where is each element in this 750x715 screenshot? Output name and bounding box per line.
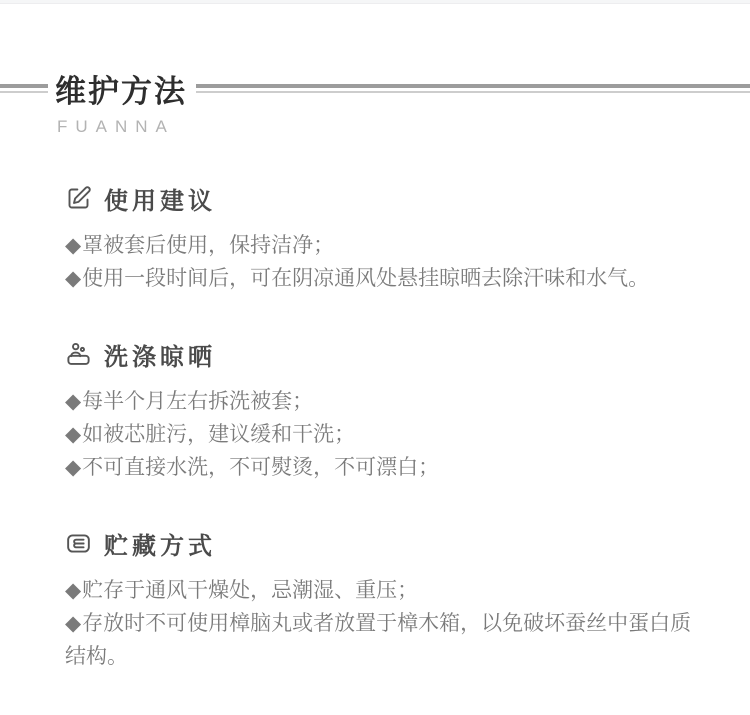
list-item-text: 每半个月左右拆洗被套； — [82, 390, 313, 413]
section-usage-header: 使用建议 — [65, 181, 710, 216]
list-item: ◆存放时不可使用樟脑丸或者放置于樟木箱，以免破坏蚕丝中蛋白质结构。 — [65, 607, 710, 673]
care-instructions-page: 维护方法 FUANNA 使用建议 ◆罩被套后使用，保持洁净； ◆使用一段时间后，… — [0, 0, 750, 715]
diamond-bullet-icon: ◆ — [65, 267, 81, 290]
list-item: ◆如被芯脏污，建议缓和干洗； — [65, 418, 710, 451]
list-item: ◆使用一段时间后，可在阴凉通风处悬挂晾晒去除汗味和水气。 — [65, 262, 710, 295]
section-usage-advice: 使用建议 ◆罩被套后使用，保持洁净； ◆使用一段时间后，可在阴凉通风处悬挂晾晒去… — [65, 181, 710, 295]
list-item: ◆贮存于通风干燥处，忌潮湿、重压； — [65, 574, 710, 607]
list-item-text: 使用一段时间后，可在阴凉通风处悬挂晾晒去除汗味和水气。 — [82, 267, 649, 290]
diamond-bullet-icon: ◆ — [65, 612, 81, 635]
section-usage-title: 使用建议 — [104, 181, 216, 216]
section-header-banner: 维护方法 — [0, 66, 750, 111]
header-rule-left — [0, 84, 48, 93]
section-storage: 贮藏方式 ◆贮存于通风干燥处，忌潮湿、重压； ◆存放时不可使用樟脑丸或者放置于樟… — [65, 526, 710, 673]
section-storage-title: 贮藏方式 — [104, 526, 216, 561]
list-item: ◆罩被套后使用，保持洁净； — [65, 229, 710, 262]
list-item-text: 不可直接水洗，不可熨烫，不可漂白； — [82, 456, 439, 479]
section-washing-title: 洗涤晾晒 — [104, 337, 216, 372]
section-washing-header: 洗涤晾晒 — [65, 337, 710, 372]
header-rule-right — [196, 84, 750, 93]
list-item-text: 存放时不可使用樟脑丸或者放置于樟木箱，以免破坏蚕丝中蛋白质结构。 — [65, 612, 691, 668]
section-washing: 洗涤晾晒 ◆每半个月左右拆洗被套； ◆如被芯脏污，建议缓和干洗； ◆不可直接水洗… — [65, 337, 710, 484]
wash-icon — [65, 341, 92, 368]
storage-icon — [65, 530, 92, 557]
page-title: 维护方法 — [48, 66, 196, 111]
diamond-bullet-icon: ◆ — [65, 579, 81, 602]
section-storage-header: 贮藏方式 — [65, 526, 710, 561]
list-item: ◆不可直接水洗，不可熨烫，不可漂白； — [65, 451, 710, 484]
diamond-bullet-icon: ◆ — [65, 234, 81, 257]
list-item-text: 如被芯脏污，建议缓和干洗； — [82, 423, 355, 446]
list-item-text: 贮存于通风干燥处，忌潮湿、重压； — [82, 579, 418, 602]
list-item: ◆每半个月左右拆洗被套； — [65, 385, 710, 418]
top-divider — [0, 0, 750, 4]
diamond-bullet-icon: ◆ — [65, 423, 81, 446]
list-item-text: 罩被套后使用，保持洁净； — [82, 234, 334, 257]
edit-icon — [65, 185, 92, 212]
diamond-bullet-icon: ◆ — [65, 456, 81, 479]
diamond-bullet-icon: ◆ — [65, 390, 81, 413]
brand-name: FUANNA — [57, 117, 750, 137]
